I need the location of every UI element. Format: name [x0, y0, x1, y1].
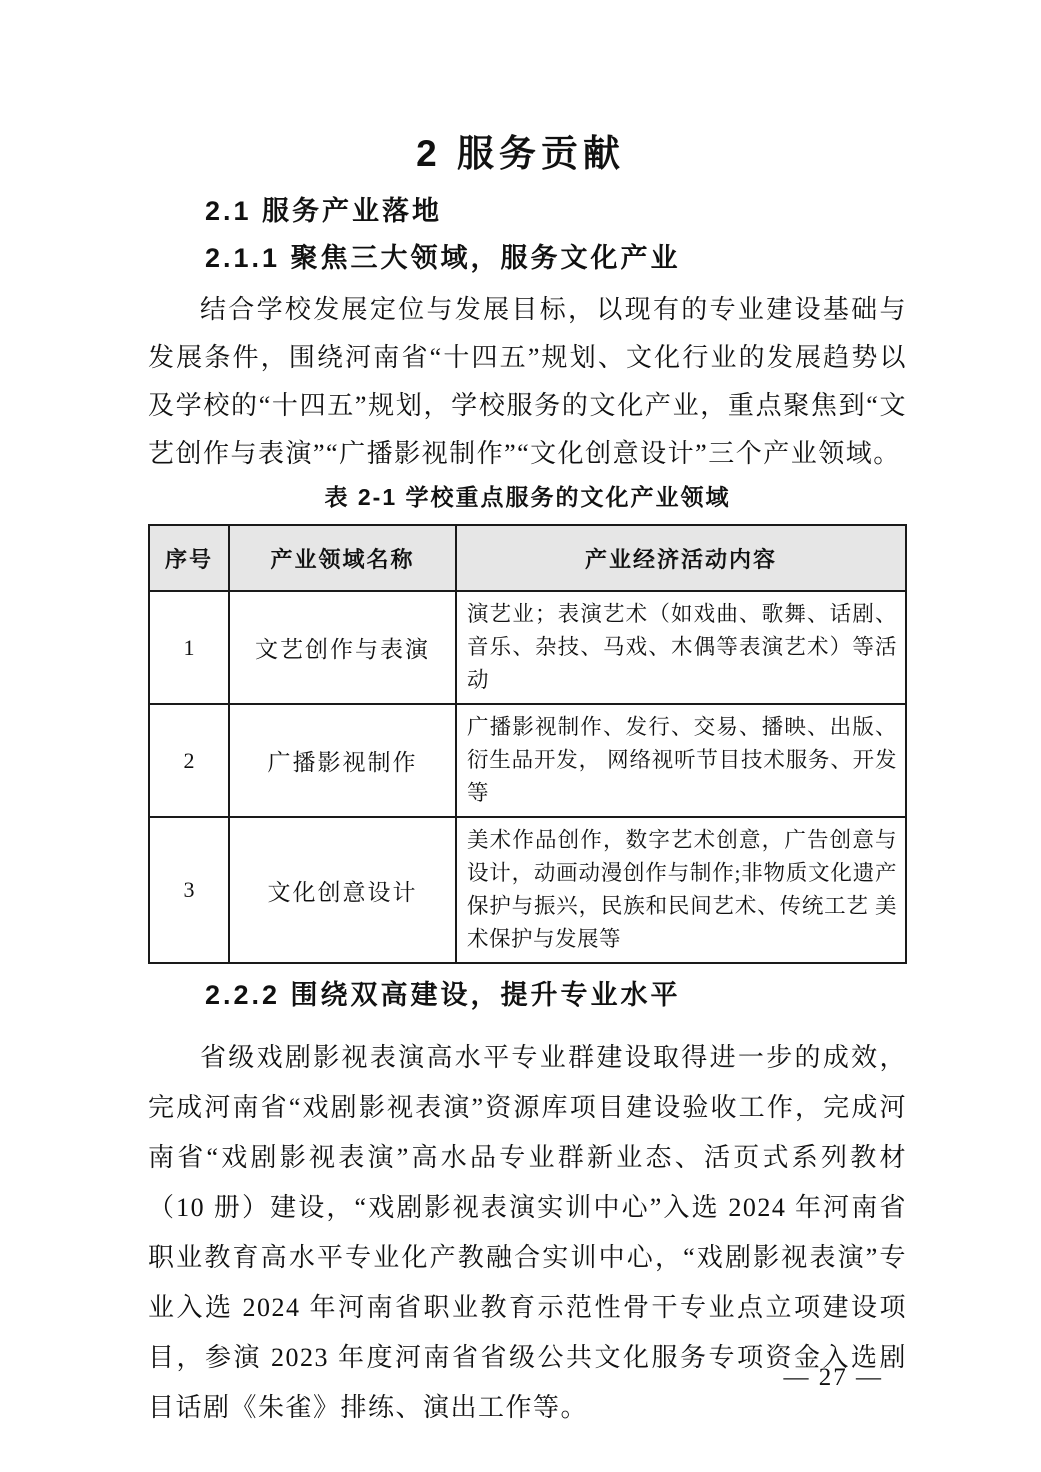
table-header-name: 产业领域名称	[229, 525, 456, 591]
content-column: 2.1 服务产业落地 2.1.1 聚焦三大领域，服务文化产业 结合学校发展定位与…	[148, 196, 907, 1433]
table-caption: 表 2-1 学校重点服务的文化产业领域	[148, 482, 907, 512]
industry-content: 演艺业；表演艺术（如戏曲、歌舞、话剧、音乐、杂技、马戏、木偶等表演艺术）等活动	[456, 591, 906, 704]
document-page: 2 服务贡献 2.1 服务产业落地 2.1.1 聚焦三大领域，服务文化产业 结合…	[0, 0, 1041, 1472]
table-row: 2 广播影视制作 广播影视制作、发行、交易、播映、出版、衍生品开发， 网络视听节…	[149, 704, 906, 817]
row-number: 1	[149, 591, 229, 704]
industry-name: 文化创意设计	[229, 817, 456, 963]
heading-2-1: 2.1 服务产业落地	[205, 196, 907, 227]
page-number: — 27 —	[784, 1364, 884, 1392]
row-number: 3	[149, 817, 229, 963]
heading-2-2-2: 2.2.2 围绕双高建设，提升专业水平	[205, 980, 907, 1011]
table-header-content: 产业经济活动内容	[456, 525, 906, 591]
table-row: 1 文艺创作与表演 演艺业；表演艺术（如戏曲、歌舞、话剧、音乐、杂技、马戏、木偶…	[149, 591, 906, 704]
industry-name: 文艺创作与表演	[229, 591, 456, 704]
industry-table: 序号 产业领域名称 产业经济活动内容 1 文艺创作与表演 演艺业；表演艺术（如戏…	[148, 524, 907, 964]
paragraph-industry-focus: 结合学校发展定位与发展目标，以现有的专业建设基础与发展条件，围绕河南省“十四五”…	[148, 286, 907, 478]
table-row: 3 文化创意设计 美术作品创作，数字艺术创意，广告创意与设计，动画动漫创作与制作…	[149, 817, 906, 963]
industry-content: 美术作品创作，数字艺术创意，广告创意与设计，动画动漫创作与制作;非物质文化遗产保…	[456, 817, 906, 963]
heading-2-1-1: 2.1.1 聚焦三大领域，服务文化产业	[205, 243, 907, 274]
row-number: 2	[149, 704, 229, 817]
table-header-no: 序号	[149, 525, 229, 591]
industry-content: 广播影视制作、发行、交易、播映、出版、衍生品开发， 网络视听节目技术服务、开发等	[456, 704, 906, 817]
industry-name: 广播影视制作	[229, 704, 456, 817]
table-header-row: 序号 产业领域名称 产业经济活动内容	[149, 525, 906, 591]
page-title: 2 服务贡献	[0, 0, 1041, 176]
